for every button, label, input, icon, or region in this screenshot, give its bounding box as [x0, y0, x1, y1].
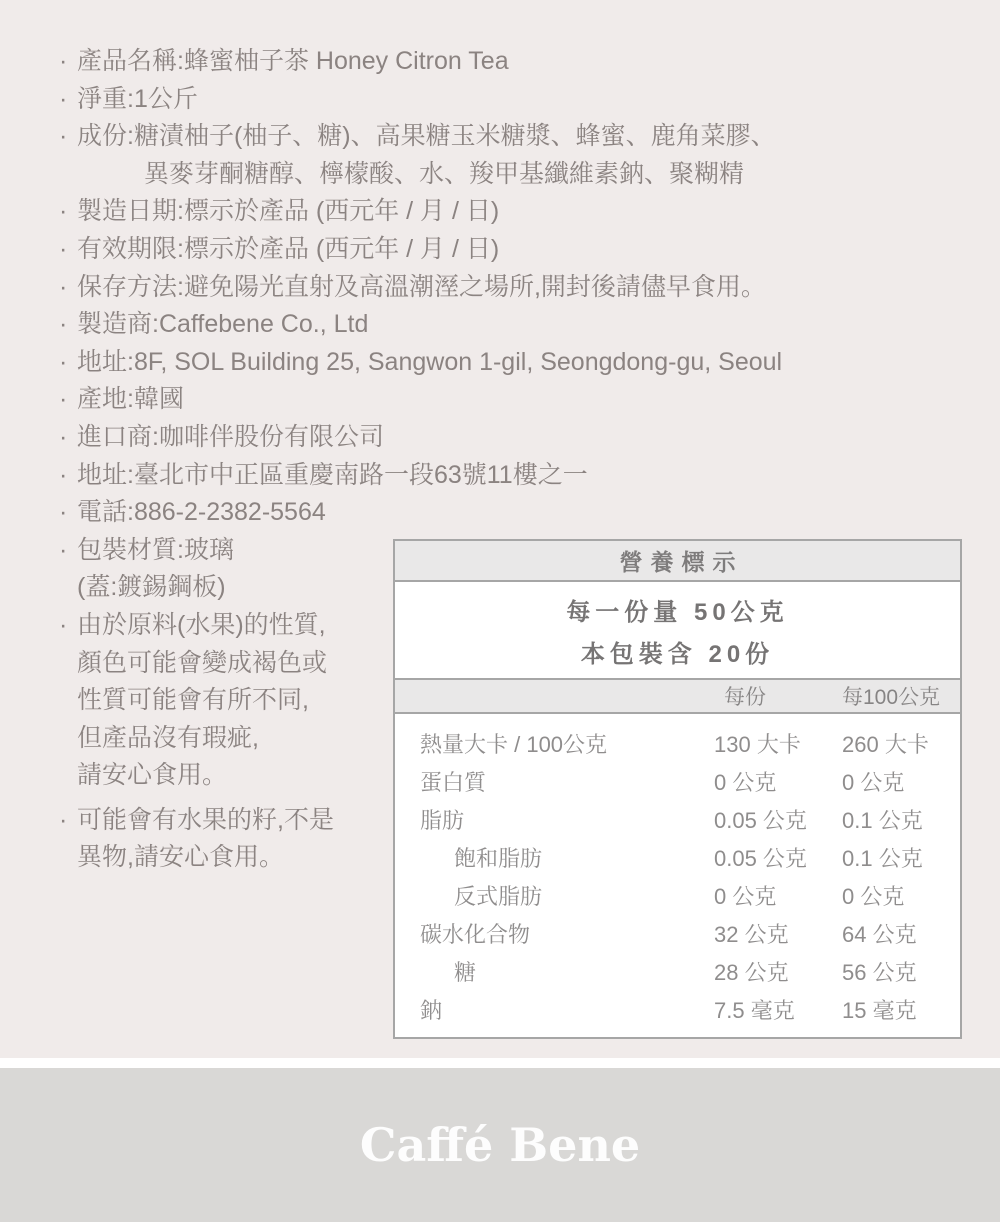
list-item-text: 產地:韓國 [77, 381, 184, 419]
list-item-text: 進口商:咖啡伴股份有限公司 [77, 419, 384, 457]
caffebene-logo: Caffé Bene [360, 1118, 640, 1172]
bullet-icon: · [59, 306, 77, 344]
list-item-mfg-address: ·地址:8F, SOL Building 25, Sangwon 1-gil, … [59, 344, 979, 382]
column-header-per-serving: 每份 [714, 681, 842, 711]
row-per-serving: 0 公克 [714, 766, 842, 797]
row-label: 反式脂肪 [395, 880, 714, 911]
row-per-100g: 0.1 公克 [842, 842, 960, 873]
table-row-sugar: 糖 28 公克 56 公克 [395, 952, 960, 990]
row-label: 飽和脂肪 [395, 842, 714, 873]
table-row-fat: 脂肪 0.05 公克 0.1 公克 [395, 800, 960, 838]
list-item-text: 包裝材質:玻璃 [77, 532, 234, 570]
row-per-100g: 56 公克 [842, 956, 960, 987]
row-label: 熱量大卡 / 100公克 [395, 728, 714, 759]
divider [0, 1058, 1000, 1068]
list-item-text: 電話:886-2-2382-5564 [77, 494, 326, 532]
list-item-text: 由於原料(水果)的性質, [77, 607, 326, 645]
list-item-text: 性質可能會有所不同, [77, 682, 309, 720]
nutrition-table: 營養標示 每一份量 50公克 本包裝含 20份 每份 每100公克 熱量大卡 /… [393, 539, 962, 1039]
list-item-text: 異物,請安心食用。 [77, 839, 284, 877]
table-row-calories: 熱量大卡 / 100公克 130 大卡 260 大卡 [395, 724, 960, 762]
row-per-100g: 260 大卡 [842, 728, 960, 759]
bullet-icon: · [59, 494, 77, 532]
list-item-ingredients-cont: 異麥芽酮糖醇、檸檬酸、水、羧甲基纖維素鈉、聚糊精 [59, 156, 979, 194]
list-item-text: 地址:臺北市中正區重慶南路一段63號11樓之一 [77, 457, 588, 495]
list-item-text: 異麥芽酮糖醇、檸檬酸、水、羧甲基纖維素鈉、聚糊精 [144, 156, 744, 194]
list-item-text: 請安心食用。 [77, 757, 227, 795]
list-item-importer-address: ·地址:臺北市中正區重慶南路一段63號11樓之一 [59, 457, 979, 495]
list-item-text: (蓋:鍍錫鋼板) [77, 569, 226, 607]
bullet-icon: · [59, 457, 77, 495]
list-item-text: 淨重:1公斤 [77, 81, 198, 119]
nutrition-column-headers: 每份 每100公克 [395, 678, 960, 714]
list-item-text: 保存方法:避免陽光直射及高溫潮溼之場所,開封後請儘早食用。 [77, 269, 766, 307]
row-per-100g: 0.1 公克 [842, 804, 960, 835]
row-per-100g: 0 公克 [842, 880, 960, 911]
product-info-page: ·產品名稱:蜂蜜柚子茶 Honey Citron Tea ·淨重:1公斤 ·成份… [0, 0, 1000, 1227]
table-row-protein: 蛋白質 0 公克 0 公克 [395, 762, 960, 800]
bullet-icon: · [59, 193, 77, 231]
row-label: 碳水化合物 [395, 918, 714, 949]
row-per-serving: 0.05 公克 [714, 804, 842, 835]
table-row-trans-fat: 反式脂肪 0 公克 0 公克 [395, 876, 960, 914]
list-item-product-name: ·產品名稱:蜂蜜柚子茶 Honey Citron Tea [59, 43, 979, 81]
table-row-sodium: 鈉 7.5 毫克 15 毫克 [395, 990, 960, 1028]
list-item-text: 顏色可能會變成褐色或 [77, 645, 327, 683]
bullet-icon: · [59, 43, 77, 81]
row-per-100g: 15 毫克 [842, 994, 960, 1025]
nutrition-table-title: 營養標示 [395, 541, 960, 582]
row-label: 蛋白質 [395, 766, 714, 797]
bullet-icon: · [59, 344, 77, 382]
bullet-icon: · [59, 118, 77, 156]
serving-size: 每一份量 50公克 [566, 592, 788, 627]
bullet-icon: · [59, 532, 77, 570]
bullet-icon: · [59, 81, 77, 119]
bullet-icon: · [59, 269, 77, 307]
list-item-text: 產品名稱:蜂蜜柚子茶 Honey Citron Tea [77, 43, 509, 81]
row-per-serving: 0.05 公克 [714, 842, 842, 873]
column-header-per-100g: 每100公克 [842, 681, 960, 711]
list-item-phone: ·電話:886-2-2382-5564 [59, 494, 979, 532]
bullet-icon: · [59, 381, 77, 419]
list-item-expiry: ·有效期限:標示於產品 (西元年 / 月 / 日) [59, 231, 979, 269]
servings-per-package: 本包裝含 20份 [581, 634, 774, 669]
list-item-net-weight: ·淨重:1公斤 [59, 81, 979, 119]
nutrition-serving-info: 每一份量 50公克 本包裝含 20份 [395, 582, 960, 678]
list-item-origin: ·產地:韓國 [59, 381, 979, 419]
list-item-text: 製造日期:標示於產品 (西元年 / 月 / 日) [77, 193, 499, 231]
row-per-serving: 7.5 毫克 [714, 994, 842, 1025]
list-item-manufacturer: ·製造商:Caffebene Co., Ltd [59, 306, 979, 344]
row-label: 脂肪 [395, 804, 714, 835]
list-item-text: 地址:8F, SOL Building 25, Sangwon 1-gil, S… [77, 344, 782, 382]
bullet-icon: · [59, 419, 77, 457]
list-item-text: 成份:糖漬柚子(柚子、糖)、高果糖玉米糖漿、蜂蜜、鹿角菜膠、 [77, 118, 776, 156]
table-row-carbohydrate: 碳水化合物 32 公克 64 公克 [395, 914, 960, 952]
row-per-serving: 0 公克 [714, 880, 842, 911]
brand-footer: Caffé Bene [0, 1068, 1000, 1222]
list-item-text: 但產品沒有瑕疵, [77, 720, 259, 758]
row-per-serving: 28 公克 [714, 956, 842, 987]
row-label: 糖 [395, 956, 714, 987]
row-label: 鈉 [395, 994, 714, 1025]
list-item-mfg-date: ·製造日期:標示於產品 (西元年 / 月 / 日) [59, 193, 979, 231]
list-item-ingredients: ·成份:糖漬柚子(柚子、糖)、高果糖玉米糖漿、蜂蜜、鹿角菜膠、 [59, 118, 979, 156]
bullet-icon: · [59, 607, 77, 645]
list-item-importer: ·進口商:咖啡伴股份有限公司 [59, 419, 979, 457]
product-info-content: ·產品名稱:蜂蜜柚子茶 Honey Citron Tea ·淨重:1公斤 ·成份… [0, 0, 1000, 1058]
row-per-serving: 32 公克 [714, 918, 842, 949]
row-per-serving: 130 大卡 [714, 728, 842, 759]
list-item-text: 有效期限:標示於產品 (西元年 / 月 / 日) [77, 231, 499, 269]
bullet-icon: · [59, 802, 77, 840]
list-item-text: 可能會有水果的籽,不是 [77, 802, 334, 840]
nutrition-rows: 熱量大卡 / 100公克 130 大卡 260 大卡 蛋白質 0 公克 0 公克… [395, 714, 960, 1028]
row-per-100g: 64 公克 [842, 918, 960, 949]
list-item-storage: ·保存方法:避免陽光直射及高溫潮溼之場所,開封後請儘早食用。 [59, 269, 979, 307]
table-row-saturated-fat: 飽和脂肪 0.05 公克 0.1 公克 [395, 838, 960, 876]
bullet-icon: · [59, 231, 77, 269]
list-item-text: 製造商:Caffebene Co., Ltd [77, 306, 368, 344]
row-per-100g: 0 公克 [842, 766, 960, 797]
